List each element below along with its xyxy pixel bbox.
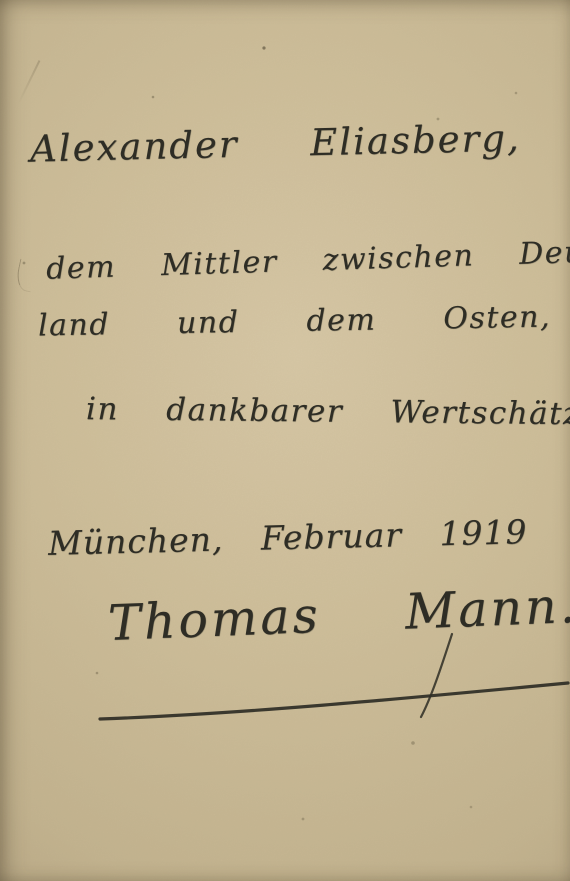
- paper-grain-texture: [0, 0, 570, 881]
- inscription-recipient-line: Alexander Eliasberg,: [30, 116, 522, 170]
- manuscript-page: Alexander Eliasberg, dem Mittler zwische…: [0, 0, 570, 881]
- signature-underline-flourish: [0, 0, 570, 881]
- inscription-dedication-line-1: dem Mittler zwischen Deutsch-: [46, 232, 570, 286]
- inscription-place-date-line: München, Februar 1919: [48, 512, 528, 563]
- signature-thomas-mann: Thomas Mann.: [107, 577, 570, 652]
- inscription-dedication-line-3: in dankbarer Wertschätzung: [86, 391, 570, 433]
- paper-specks: [0, 0, 2, 2]
- paper-crease-2: [18, 60, 40, 104]
- inscription-dedication-line-2: land und dem Osten,: [38, 300, 552, 344]
- paper-crease: [14, 259, 37, 293]
